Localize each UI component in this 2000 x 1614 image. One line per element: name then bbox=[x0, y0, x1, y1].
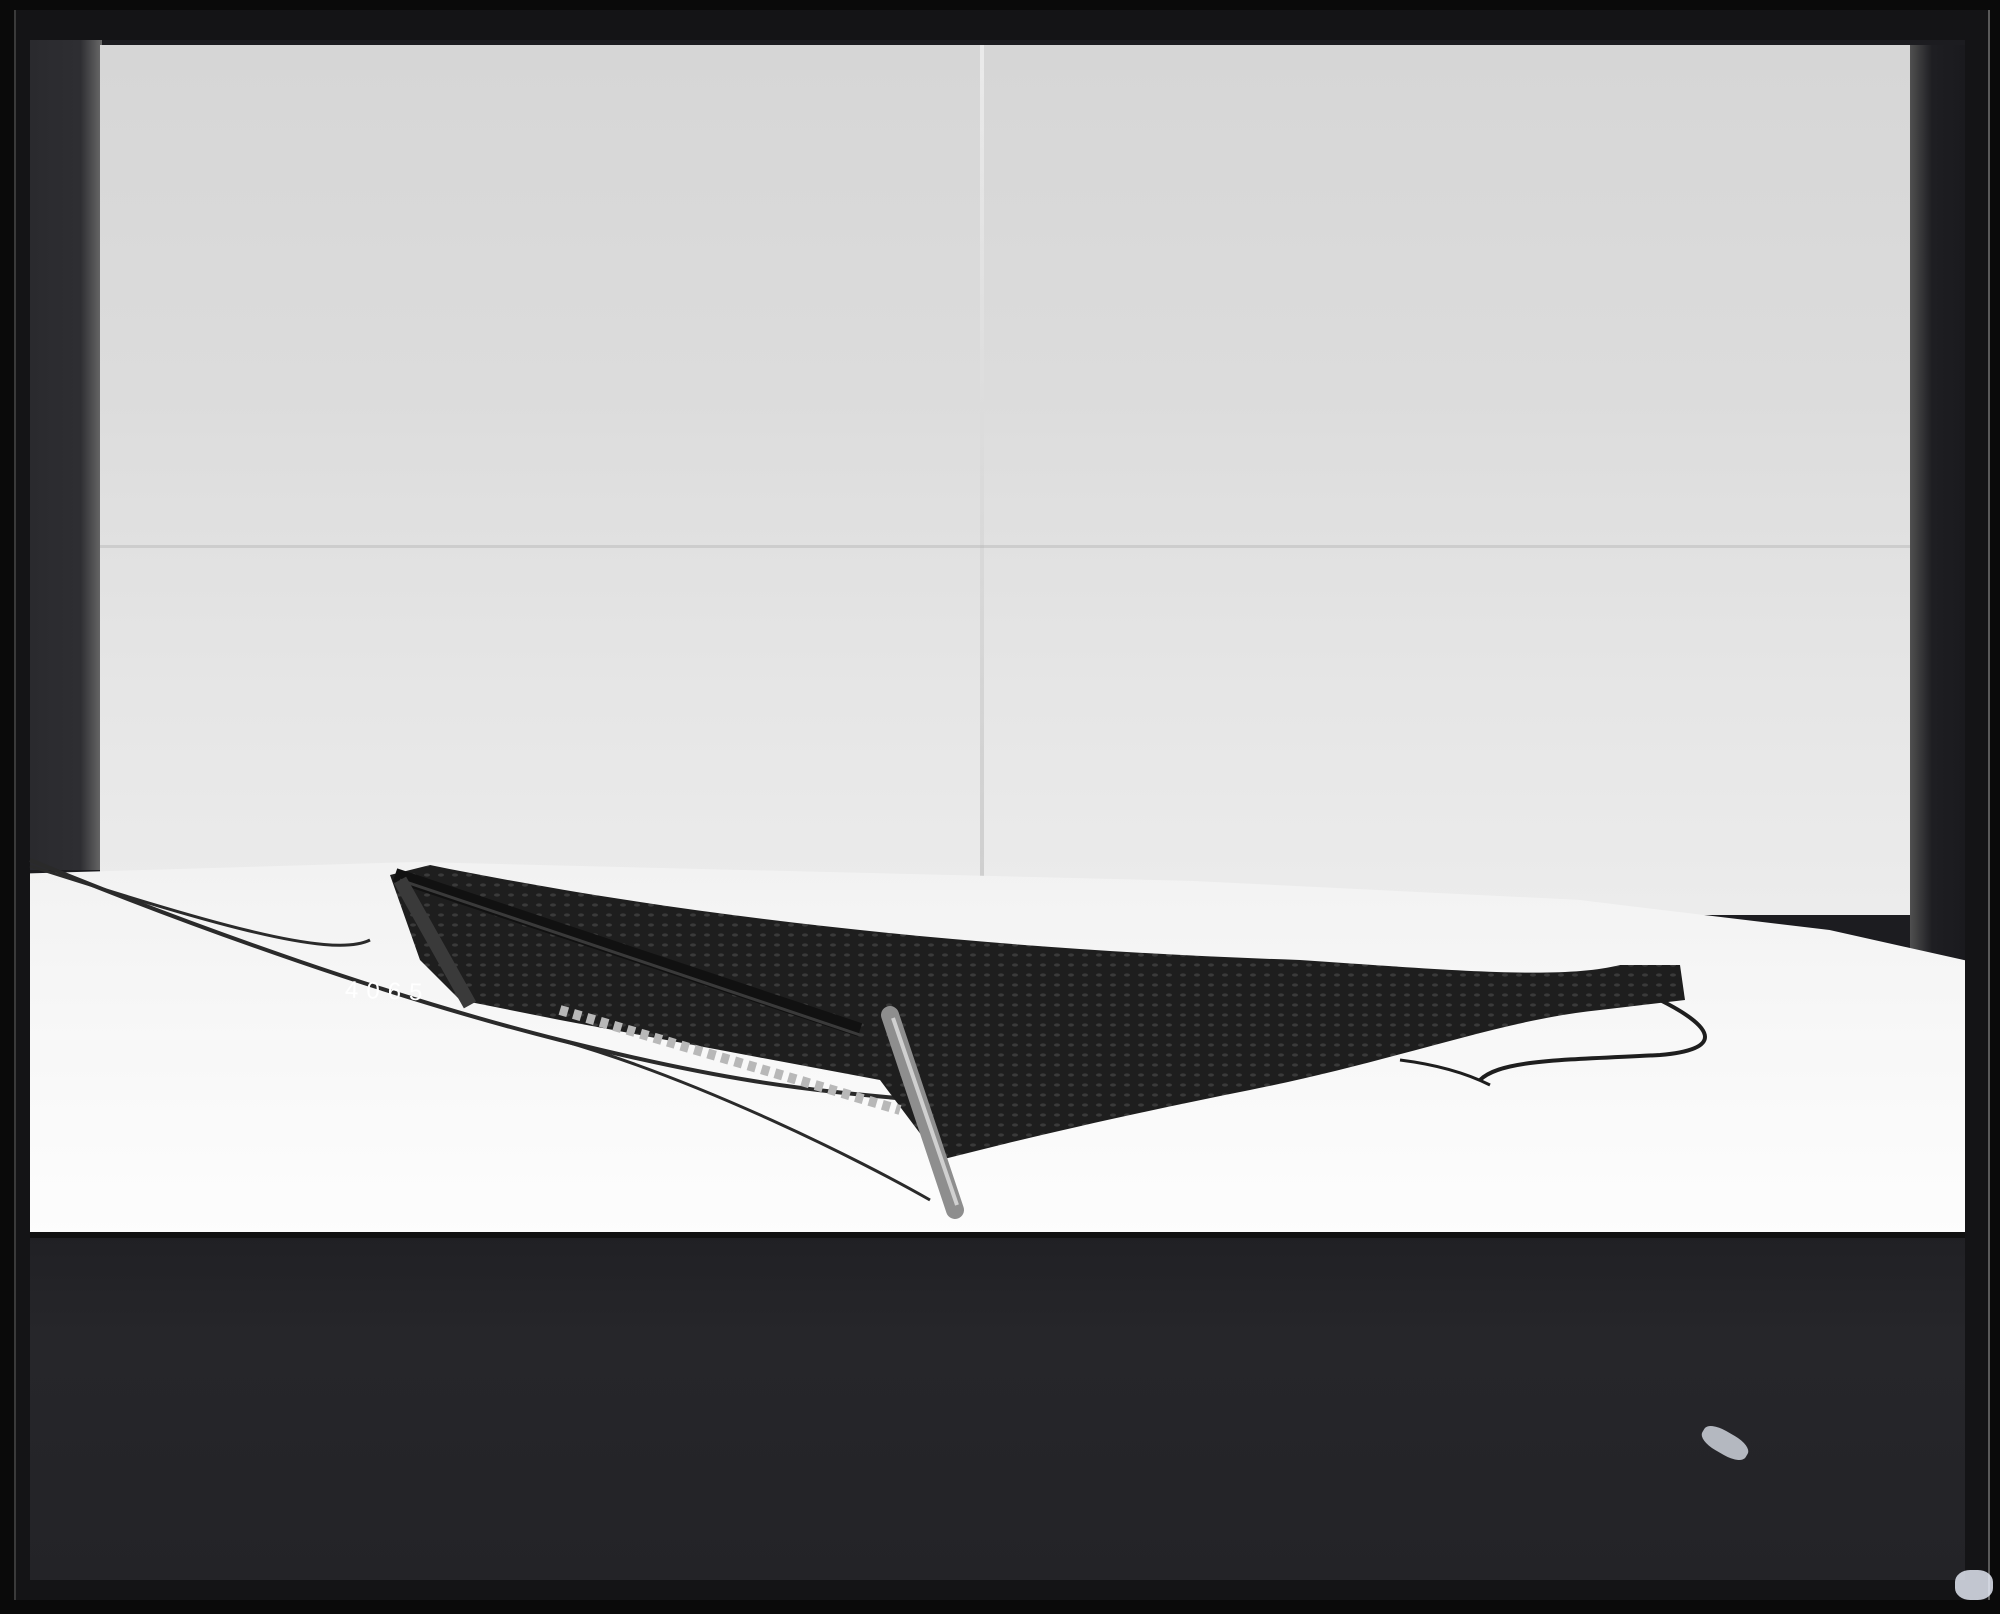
catalog-number: 4065 bbox=[345, 977, 431, 1008]
paper-backdrop bbox=[100, 45, 1940, 915]
right-shadow bbox=[1910, 45, 1965, 1045]
emulsion-damage bbox=[1955, 1570, 1993, 1600]
dark-table-front bbox=[30, 1232, 1965, 1580]
white-tablecloth bbox=[30, 862, 1965, 1240]
left-shadow bbox=[30, 40, 102, 870]
